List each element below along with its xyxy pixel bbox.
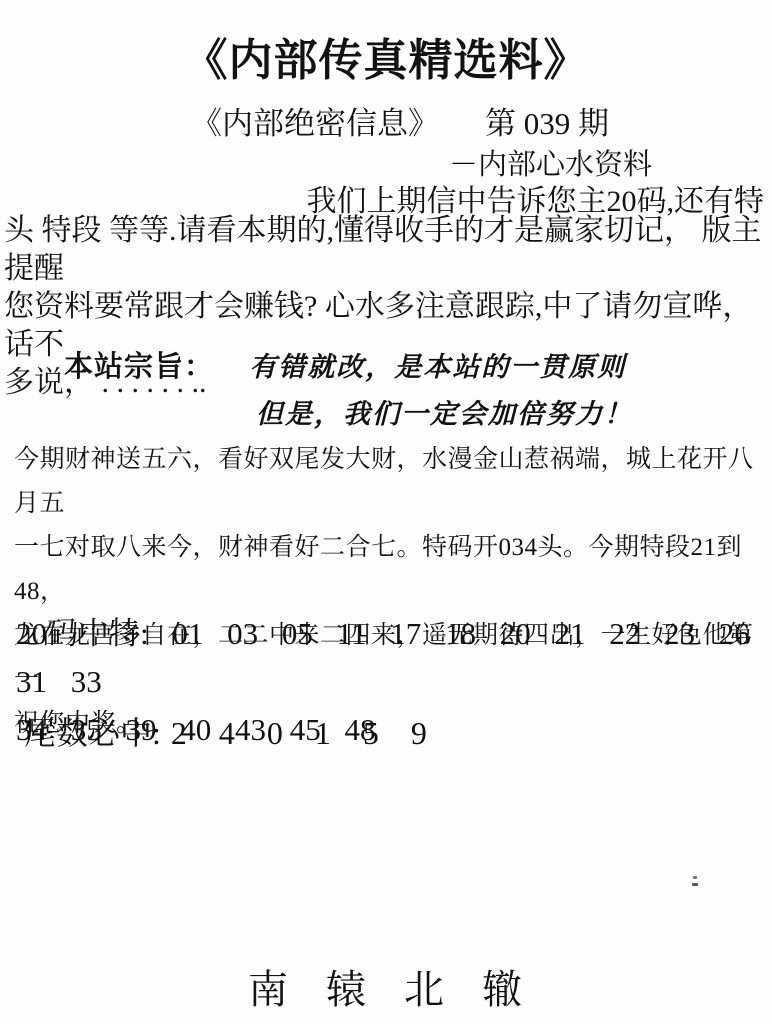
motto-line-1: 有错就改，是本站的一贯原则	[249, 352, 626, 382]
tails-label: 尾数必中:	[24, 715, 161, 751]
motto-label: 本站宗旨：	[64, 344, 214, 385]
subheader: 《内部绝密信息》 第 039 期	[0, 98, 772, 143]
tail-numbers-block: 尾数必中:2 4 0 1 5 9	[0, 708, 772, 754]
scan-smudge-artifact	[692, 876, 702, 894]
subtitle: 《内部绝密信息》	[191, 98, 439, 143]
poem-line-1: 今期财神送五六，看好双尾发大财，水漫金山惹祸端，城上花开八月五	[14, 438, 758, 526]
motto-row-1: 本站宗旨： 有错就改，是本站的一贯原则	[0, 344, 772, 385]
codes-line-1: 20码中特: 01 03 05 11 17 18 20 21 22 23 26 …	[16, 610, 772, 706]
fax-sheet: 《内部传真精选料》 《内部绝密信息》 第 039 期 －内部心水资料 我们上期信…	[0, 0, 772, 1024]
poem-line-2: 一七对取八来今，财神看好二合七。特码开034头。今期特段21到48，	[14, 526, 758, 614]
intro-line-2: 头 特段 等等.请看本期的,懂得收手的才是赢家切记， 版主提醒	[4, 212, 768, 288]
codes-label: 20码中特:	[16, 616, 149, 651]
motto-line-2: 但是，我们一定会加倍努力！	[256, 399, 633, 429]
footer-idiom: 南 辕 北 辙	[0, 958, 772, 1015]
motto-row-2: 但是，我们一定会加倍努力！	[0, 392, 772, 431]
page-title: 《内部传真精选料》	[0, 24, 772, 88]
tails-values: 2 4 0 1 5 9	[171, 715, 427, 751]
issue-number: 第 039 期	[485, 98, 609, 143]
